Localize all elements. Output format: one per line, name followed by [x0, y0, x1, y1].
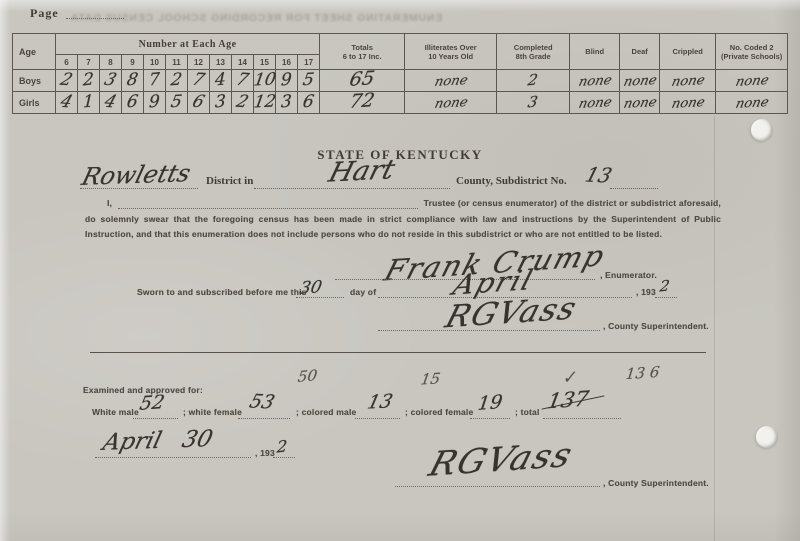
illiterates-header: Illiterates Over 10 Years Old	[405, 34, 497, 70]
age-col-15: 15	[254, 55, 276, 70]
county-value-handwritten: Hart	[325, 154, 398, 188]
page-number-blank	[66, 18, 124, 19]
superintendent-label: , County Superintendent.	[603, 321, 709, 331]
table-row-boys: Boys 2 2 3 8 7 2 7 4 7 10 9 5 65 none 2 …	[13, 70, 788, 92]
approval-date-value: April 30	[100, 426, 215, 456]
sworn-day-value: 30	[298, 277, 324, 298]
district-value-handwritten: Rowletts	[79, 159, 194, 191]
handwritten-value: 2	[234, 91, 251, 112]
white-male-label: White male	[92, 407, 139, 417]
handwritten-value: none	[734, 73, 770, 90]
handwritten-value: 6	[125, 91, 139, 112]
girls-illiterates: none	[405, 92, 497, 114]
boys-count-age8: 3	[100, 70, 122, 92]
enumerator-label: , Enumerator.	[600, 270, 657, 280]
boys-count-age6: 2	[56, 70, 78, 92]
colored-male-label: ; colored male	[296, 407, 356, 417]
age-col-13: 13	[210, 55, 232, 70]
boys-count-age9: 8	[122, 70, 144, 92]
scanned-census-form: ENUMERATING SHEET FOR RECORDING SCHOOL C…	[0, 0, 800, 541]
handwritten-value: 2	[58, 69, 75, 90]
age-col-14: 14	[232, 55, 254, 70]
oath-first-line: I, Trustee (or census enumerator) of the…	[85, 196, 721, 212]
superintendent-signature-line-2	[395, 486, 600, 487]
colored-male-blank	[355, 418, 400, 419]
approval-year-printed: , 193	[255, 448, 275, 458]
enumerator-name-blank	[118, 208, 418, 209]
white-male-value: 52	[138, 391, 166, 415]
day-of-label: day of	[350, 287, 376, 297]
handwritten-value: 3	[215, 91, 227, 112]
girls-count-age14: 2	[232, 92, 254, 114]
girls-count-age10: 9	[144, 92, 166, 114]
punch-hole-bottom	[756, 426, 778, 448]
bleed-through-text: ENUMERATING SHEET FOR RECORDING SCHOOL C…	[70, 12, 442, 24]
pencil-correction-total: 13 6	[625, 363, 661, 383]
approval-year-digit: 2	[276, 436, 288, 456]
total-blank	[543, 418, 621, 419]
handwritten-value: 10	[252, 69, 277, 90]
handwritten-value: 3	[102, 69, 119, 90]
handwritten-value: none	[670, 95, 706, 112]
boys-count-age11: 2	[166, 70, 188, 92]
totals-header: Totals 6 to 17 Inc.	[320, 34, 405, 70]
subdistrict-blank-line	[610, 188, 658, 189]
boys-count-age17: 5	[298, 70, 320, 92]
handwritten-value: 7	[149, 69, 161, 90]
girls-blind: none	[570, 92, 620, 114]
handwritten-value: 65	[348, 67, 376, 91]
handwritten-value: 3	[527, 92, 540, 111]
district-in-label: District in	[206, 175, 253, 187]
age-col-6: 6	[56, 55, 78, 70]
handwritten-value: 6	[190, 91, 207, 112]
white-female-blank	[238, 418, 290, 419]
superintendent-signature-2: RGVass	[425, 435, 578, 485]
girls-total: 72	[320, 92, 405, 114]
colored-female-label: ; colored female	[405, 407, 473, 417]
girls-count-age12: 6	[188, 92, 210, 114]
coded-private-schools-header: No. Coded 2 (Private Schools)	[716, 34, 788, 70]
district-blank-line	[80, 188, 198, 189]
handwritten-value: 4	[215, 69, 227, 90]
handwritten-value: 1	[83, 91, 95, 112]
boys-deaf: none	[620, 70, 660, 92]
handwritten-value: 9	[281, 69, 293, 90]
handwritten-value: 5	[169, 91, 183, 112]
handwritten-value: none	[622, 73, 658, 90]
colored-male-value: 13	[365, 390, 395, 413]
punch-hole-top	[751, 119, 773, 141]
total-label: ; total	[515, 407, 540, 417]
girls-count-age11: 5	[166, 92, 188, 114]
handwritten-value: 2	[169, 69, 183, 90]
handwritten-value: none	[433, 73, 469, 90]
handwritten-value: 9	[149, 91, 161, 112]
oath-i-label: I,	[85, 196, 112, 212]
age-col-10: 10	[144, 55, 166, 70]
table-row-girls: Girls 4 1 4 6 9 5 6 3 2 12 3 6 72 none 3…	[13, 92, 788, 114]
girls-count-age8: 4	[100, 92, 122, 114]
county-subdistrict-label: County, Subdistrict No.	[456, 175, 567, 187]
state-heading: STATE OF KENTUCKY	[300, 147, 500, 163]
completed-8th-header: Completed 8th Grade	[497, 34, 570, 70]
handwritten-value: 4	[58, 91, 75, 112]
handwritten-value: 2	[83, 69, 95, 90]
handwritten-value: none	[577, 73, 613, 90]
boys-count-age16: 9	[276, 70, 298, 92]
boys-row-label: Boys	[13, 70, 56, 92]
age-col-16: 16	[276, 55, 298, 70]
girls-coded: none	[716, 92, 788, 114]
girls-count-age9: 6	[122, 92, 144, 114]
handwritten-value: 4	[102, 91, 119, 112]
colored-female-value: 19	[476, 391, 503, 415]
white-female-label: ; white female	[183, 407, 242, 417]
white-male-blank	[133, 418, 178, 419]
boys-count-age10: 7	[144, 70, 166, 92]
subdistrict-value-handwritten: 13	[583, 163, 615, 188]
boys-count-age14: 7	[232, 70, 254, 92]
age-header-cell: Age	[13, 34, 56, 70]
boys-count-age12: 7	[188, 70, 210, 92]
year-printed: , 193	[636, 287, 656, 297]
girls-deaf: none	[620, 92, 660, 114]
handwritten-value: none	[734, 95, 770, 112]
girls-row-label: Girls	[13, 92, 56, 114]
handwritten-value: none	[433, 95, 469, 112]
boys-total: 65	[320, 70, 405, 92]
girls-count-age6: 4	[56, 92, 78, 114]
age-col-8: 8	[100, 55, 122, 70]
handwritten-value: 8	[125, 69, 139, 90]
boys-count-age15: 10	[254, 70, 276, 92]
superintendent-label-2: , County Superintendent.	[603, 478, 709, 488]
girls-crippled: none	[660, 92, 716, 114]
boys-count-age13: 4	[210, 70, 232, 92]
approval-date-blank	[95, 457, 251, 458]
age-col-7: 7	[78, 55, 100, 70]
pencil-correction-white-female: 50	[297, 366, 319, 386]
age-col-9: 9	[122, 55, 144, 70]
handwritten-value: 5	[302, 69, 316, 90]
handwritten-value: none	[622, 95, 658, 112]
sworn-year-digit: 2	[659, 277, 671, 296]
handwritten-value: 3	[281, 91, 293, 112]
handwritten-value: 7	[190, 69, 207, 90]
girls-count-age13: 3	[210, 92, 232, 114]
girls-count-age7: 1	[78, 92, 100, 114]
handwritten-value: 6	[302, 91, 316, 112]
boys-illiterates: none	[405, 70, 497, 92]
year-blank	[655, 297, 677, 298]
oath-trustee-text: Trustee (or census enumerator) of the di…	[424, 196, 721, 212]
sworn-day-blank	[296, 297, 344, 298]
superintendent-signature-line	[378, 330, 600, 331]
boys-blind: none	[570, 70, 620, 92]
boys-completed-8th: 2	[497, 70, 570, 92]
approval-year-blank	[273, 457, 295, 458]
girls-count-age15: 12	[254, 92, 276, 114]
census-table: Age Number at Each Age Totals 6 to 17 In…	[12, 33, 788, 114]
oath-paragraph: I, Trustee (or census enumerator) of the…	[85, 196, 721, 243]
crippled-header: Crippled	[660, 34, 716, 70]
number-at-each-age-header: Number at Each Age	[56, 34, 320, 55]
boys-count-age7: 2	[78, 70, 100, 92]
deaf-header: Deaf	[620, 34, 660, 70]
white-female-value: 53	[247, 390, 277, 413]
handwritten-value: none	[577, 95, 613, 112]
page-fold-line	[714, 116, 715, 541]
pencil-correction-colored-male: 15	[419, 370, 441, 389]
handwritten-value: 7	[234, 69, 251, 90]
age-col-17: 17	[298, 55, 320, 70]
boys-crippled: none	[660, 70, 716, 92]
handwritten-value: 72	[348, 89, 376, 113]
page-label: Page	[30, 6, 59, 21]
section-divider	[90, 352, 706, 353]
age-col-11: 11	[166, 55, 188, 70]
county-blank-line	[254, 188, 450, 189]
handwritten-value: 12	[252, 91, 277, 112]
handwritten-value: 2	[527, 70, 540, 89]
colored-female-blank	[470, 418, 510, 419]
blind-header: Blind	[570, 34, 620, 70]
age-col-12: 12	[188, 55, 210, 70]
girls-count-age17: 6	[298, 92, 320, 114]
pencil-check-mark: ✓	[561, 367, 577, 388]
oath-body-text: do solemnly swear that the foregoing cen…	[85, 212, 721, 243]
handwritten-value: none	[670, 73, 706, 90]
sworn-text: Sworn to and subscribed before me this	[137, 287, 307, 297]
girls-count-age16: 3	[276, 92, 298, 114]
girls-completed-8th: 3	[497, 92, 570, 114]
boys-coded: none	[716, 70, 788, 92]
